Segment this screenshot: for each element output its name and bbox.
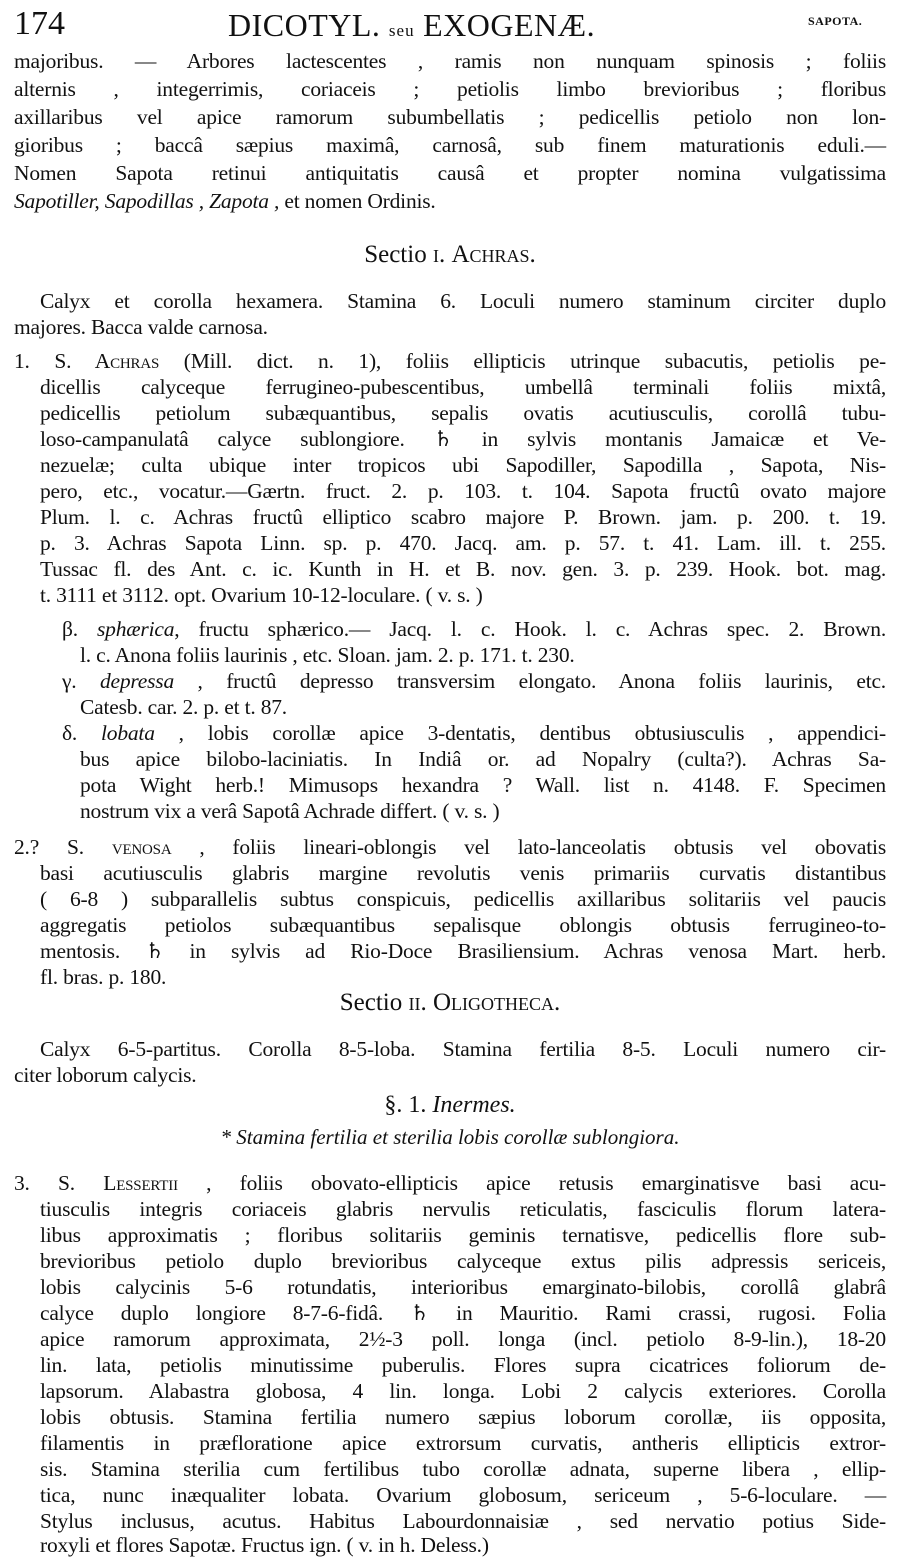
species-entry-first-line: 1. S. Achras (Mill. dict. n. 1), foliis … (14, 348, 886, 374)
species-entry-line: lapsorum. Alabastra globosa, 4 lin. long… (40, 1378, 886, 1404)
species-number: 1. (14, 349, 30, 373)
species-entry-line: p. 3. Achras Sapota Linn. sp. p. 470. Ja… (40, 530, 886, 556)
species-entry-line: Plum. l. c. Achras fructû elliptico scab… (40, 504, 886, 530)
intro-line: Nomen Sapota retinui antiquitatis causâ … (14, 160, 886, 186)
section-numeral: i. (433, 241, 445, 268)
section-description-line: citer loborum calycis. (14, 1062, 196, 1088)
subsection-heading: §. 1. Inermes. (0, 1090, 900, 1120)
species-entry-line: basi acutiusculis glabris margine revolu… (40, 860, 886, 886)
running-title: DICOTYL. seu EXOGENÆ. (228, 6, 595, 50)
subsection-marker: §. 1. (384, 1092, 426, 1118)
species-entry-line: pedicellis petiolum subæquantibus, sepal… (40, 400, 886, 426)
species-entry-line: t. 3111 et 3112. opt. Ovarium 10-12-locu… (40, 582, 483, 608)
section-numeral: ii. (408, 989, 426, 1016)
running-title-left: DICOTYL. (228, 7, 380, 43)
intro-line: alternis , integerrimis, coriaceis ; pet… (14, 76, 886, 102)
species-entry-line: Stylus inclusus, acutus. Habitus Labourd… (40, 1508, 886, 1534)
species-name: S. venosa (67, 835, 171, 859)
section-description-line: Calyx et corolla hexamera. Stamina 6. Lo… (40, 288, 886, 314)
species-number: 2.? (14, 835, 39, 859)
section-heading-achras: Sectio i. Achras. (0, 240, 900, 270)
subsection-name: Inermes. (432, 1092, 515, 1118)
species-entry-first-line: 2.? S. venosa , foliis lineari-oblongis … (14, 834, 886, 860)
species-entry-line: lobis calycinis 5-6 rotundatis, interior… (40, 1274, 886, 1300)
species-entry-first-line: 3. S. Lessertii , foliis obovato-ellipti… (14, 1170, 886, 1196)
variety-line: l. c. Anona foliis laurinis , etc. Sloan… (80, 642, 575, 668)
species-entry-line: roxyli et flores Sapotæ. Fructus ign. ( … (40, 1532, 489, 1558)
species-name: S. Lessertii (58, 1171, 178, 1195)
variety-description: , fructû depresso transversim elongato. … (174, 669, 886, 693)
species-entry-line: tiusculis integris coriaceis glabris ner… (40, 1196, 886, 1222)
vernacular-names: Sapotiller, Sapodillas , Zapota , (14, 189, 279, 213)
variety-delta: δ. lobata , lobis corollæ apice 3-dentat… (62, 720, 886, 746)
section-description-line: majores. Bacca valde carnosa. (14, 314, 268, 340)
species-number: 3. (14, 1171, 30, 1195)
section-label: Sectio (340, 989, 403, 1016)
species-entry-line: ( 6-8 ) subparallelis subtus conspicuis,… (40, 886, 886, 912)
variety-name: depressa (100, 669, 174, 693)
page-number: 174 (14, 4, 65, 44)
species-entry-line: pero, etc., vocatur.—Gærtn. fruct. 2. p.… (40, 478, 886, 504)
book-page: 174 DICOTYL. seu EXOGENÆ. SAPOTA. majori… (0, 0, 900, 1558)
species-entry-line: loso-campanulatâ calyce sublongiore. ♄ i… (40, 426, 886, 452)
variety-marker: γ. (62, 669, 76, 693)
variety-gamma: γ. depressa , fructû depresso transversi… (62, 668, 886, 694)
variety-name: lobata (101, 721, 155, 745)
species-description: (Mill. dict. n. 1), foliis ellipticis ut… (159, 349, 886, 373)
intro-line: gioribus ; baccâ sæpius maximâ, carnosâ,… (14, 132, 886, 158)
species-entry-line: sis. Stamina sterilia cum fertilibus tub… (40, 1456, 886, 1482)
species-entry-line: lobis obtusis. Stamina fertilia numero s… (40, 1404, 886, 1430)
species-description: , foliis lineari-oblongis vel lato-lance… (171, 835, 886, 859)
variety-line: Catesb. car. 2. p. et t. 87. (80, 694, 287, 720)
species-entry-line: apice ramorum approximata, 2½-3 poll. lo… (40, 1326, 886, 1352)
variety-line: pota Wight herb.! Mimusops hexandra ? Wa… (80, 772, 886, 798)
species-entry-line: calyce duplo longiore 8-7-6-fidâ. ♄ in M… (40, 1300, 886, 1326)
section-label: Sectio (364, 241, 427, 268)
section-description-line: Calyx 6-5-partitus. Corolla 8-5-loba. St… (40, 1036, 886, 1062)
species-name: S. Achras (54, 349, 159, 373)
species-entry-line: libus approximatis ; floribus solitariis… (40, 1222, 886, 1248)
intro-line-last: Sapotiller, Sapodillas , Zapota , et nom… (14, 188, 436, 214)
intro-line-rest: et nomen Ordinis. (279, 189, 435, 213)
running-tag: SAPOTA. (808, 14, 862, 29)
intro-line: axillaribus vel apice ramorum subumbella… (14, 104, 886, 130)
species-entry-line: filamentis in præfloratione apice extror… (40, 1430, 886, 1456)
running-title-connector: seu (389, 21, 415, 40)
variety-name: sphærica (97, 617, 174, 641)
variety-description: , lobis corollæ apice 3-dentatis, dentib… (155, 721, 886, 745)
section-name: Oligotheca. (433, 989, 560, 1016)
intro-line: majoribus. — Arbores lactescentes , rami… (14, 48, 886, 74)
section-heading-oligotheca: Sectio ii. Oligotheca. (0, 988, 900, 1018)
species-description: , foliis obovato-ellipticis apice retusi… (178, 1171, 886, 1195)
variety-beta: β. sphærica, fructu sphærico.— Jacq. l. … (62, 616, 886, 642)
variety-marker: β. (62, 617, 78, 641)
species-entry-line: Tussac fl. des Ant. c. ic. Kunth in H. e… (40, 556, 886, 582)
subsection-note: * Stamina fertilia et sterilia lobis cor… (0, 1124, 900, 1150)
species-entry-line: tica, nunc inæqualiter lobata. Ovarium g… (40, 1482, 886, 1508)
species-entry-line: aggregatis petiolos subæquantibus sepali… (40, 912, 886, 938)
variety-line: nostrum vix a verâ Sapotâ Achrade differ… (80, 798, 499, 824)
running-title-right: EXOGENÆ. (423, 7, 595, 43)
species-entry-line: lin. lata, petiolis minutissime puberuli… (40, 1352, 886, 1378)
variety-line: bus apice bilobo-laciniatis. In Indiâ or… (80, 746, 886, 772)
species-entry-line: fl. bras. p. 180. (40, 964, 166, 990)
species-entry-line: mentosis. ♄ in sylvis ad Rio-Doce Brasil… (40, 938, 886, 964)
species-entry-line: dicellis calyceque ferrugineo-pubescenti… (40, 374, 886, 400)
variety-marker: δ. (62, 721, 77, 745)
species-entry-line: nezuelæ; culta ubique inter tropicos ubi… (40, 452, 886, 478)
species-entry-line: brevioribus petiolo duplo brevioribus ca… (40, 1248, 886, 1274)
variety-description: , fructu sphærico.— Jacq. l. c. Hook. l.… (174, 617, 886, 641)
section-name: Achras. (451, 241, 535, 268)
